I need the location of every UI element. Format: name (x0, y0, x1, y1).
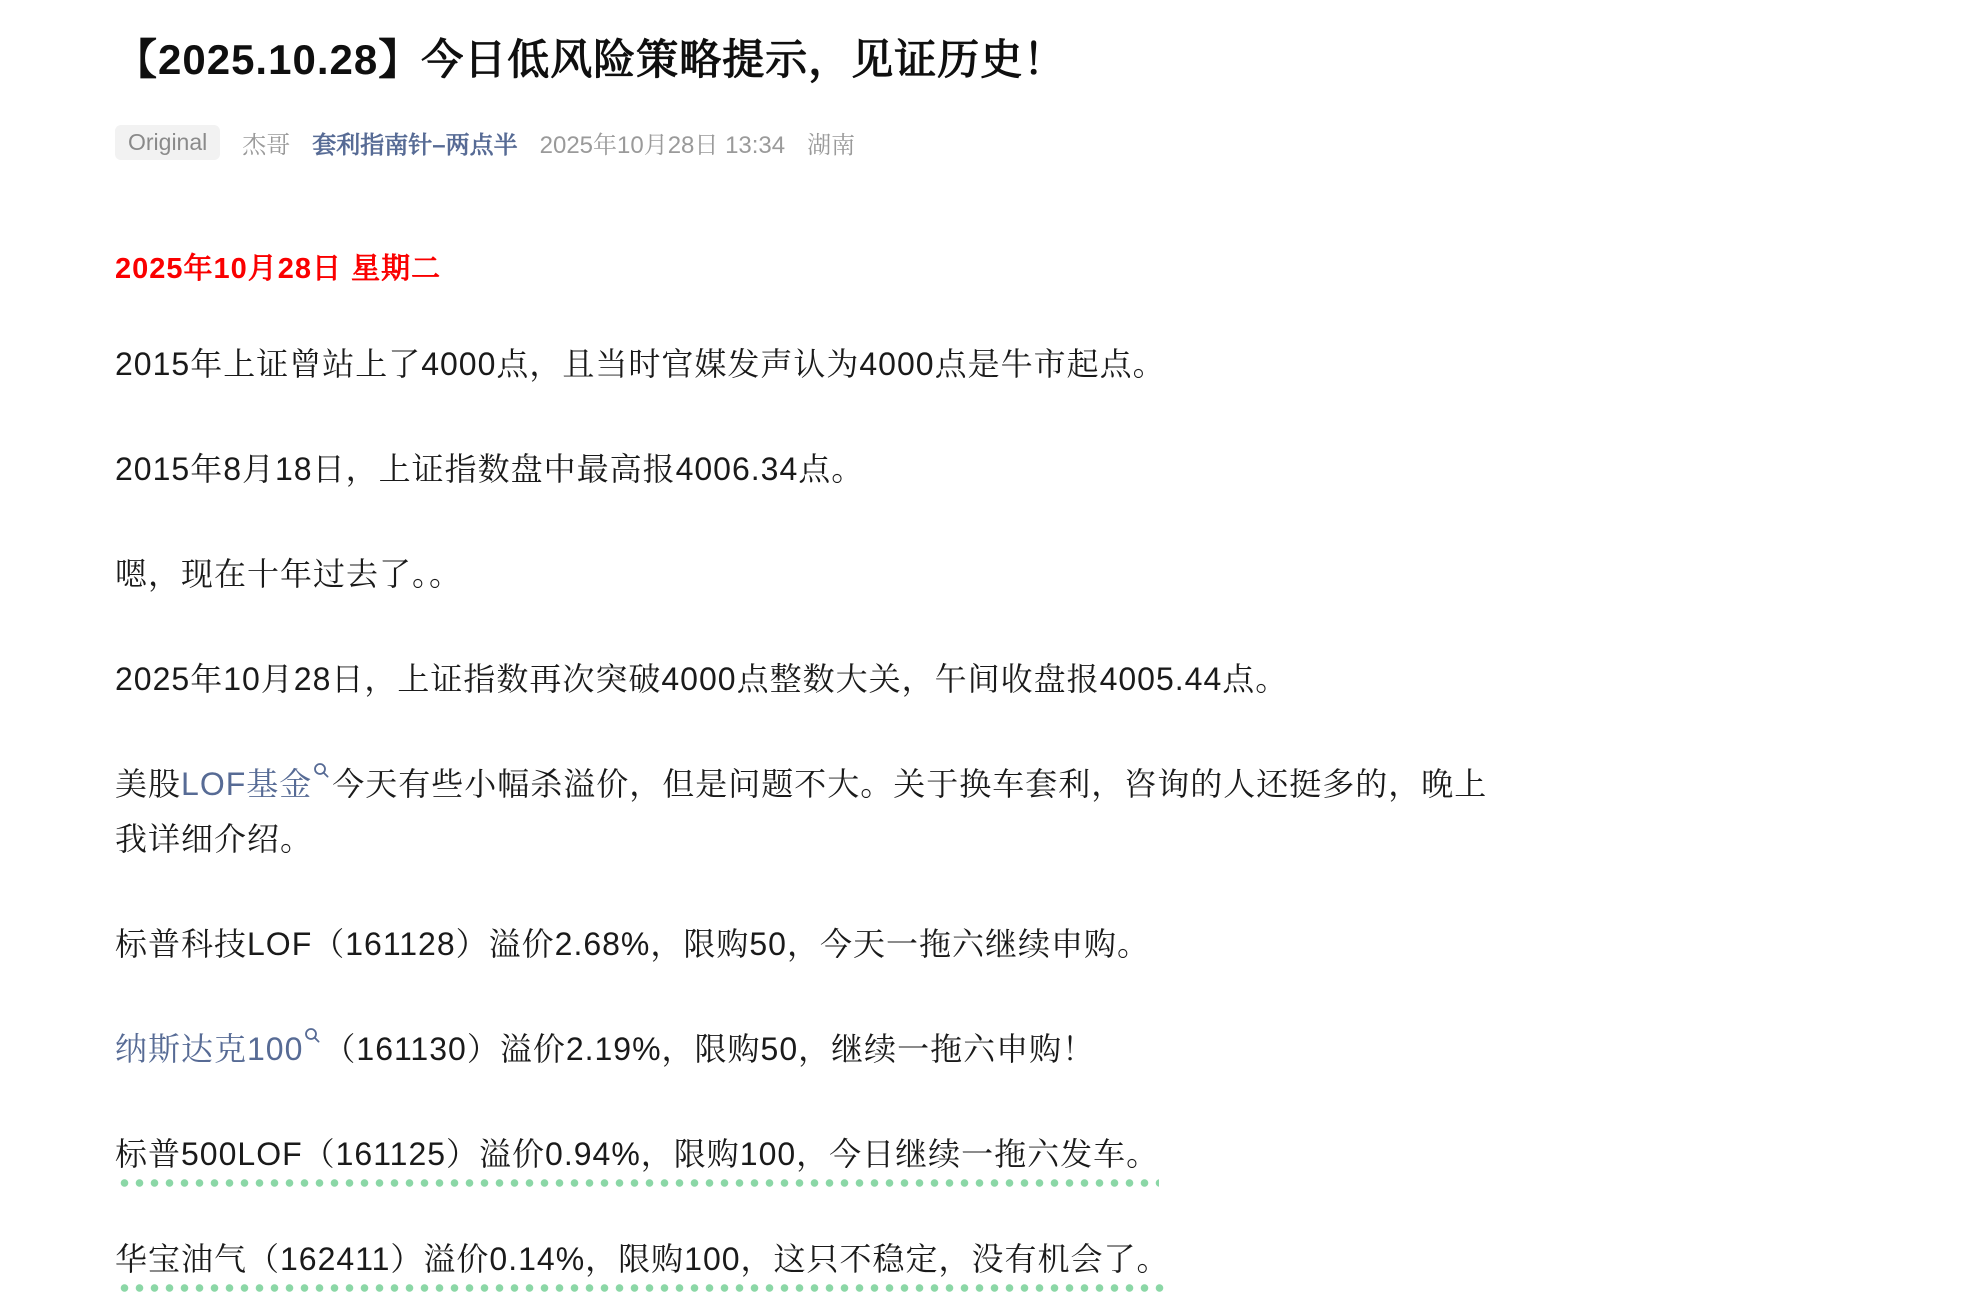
date-heading: 2025年10月28日 星期二 (115, 246, 1507, 287)
author-name: 杰哥 (242, 125, 290, 160)
nasdaq100-link[interactable]: 纳斯达克100 (115, 1031, 323, 1067)
paragraph-9-underlined-text: 华宝油气（162411）溢价0.14%，限购100，这只不稳定，没有机会了。 (115, 1241, 1170, 1293)
paragraph-8: 标普500LOF（161125）溢价0.94%，限购100，今日继续一拖六发车。 (115, 1127, 1507, 1182)
paragraph-4: 2025年10月28日，上证指数再次突破4000点整数大关，午间收盘报4005.… (115, 652, 1507, 707)
publish-datetime: 2025年10月28日 13:34 (540, 125, 786, 160)
search-icon[interactable] (304, 1027, 321, 1044)
lof-fund-link-label: LOF基金 (181, 766, 312, 802)
article-page: 【2025.10.28】今日低风险策略提示，见证历史！ Original 杰哥 … (0, 0, 1978, 1312)
paragraph-3: 嗯，现在十年过去了。。 (115, 547, 1507, 602)
original-badge: Original (115, 125, 220, 161)
account-link[interactable]: 套利指南针–两点半 (312, 125, 517, 160)
paragraph-5-pre-text: 美股 (115, 766, 181, 802)
paragraph-7: 纳斯达克100（161130）溢价2.19%，限购50，继续一拖六申购！ (115, 1022, 1507, 1077)
lof-fund-link[interactable]: LOF基金 (181, 766, 332, 802)
paragraph-9: 华宝油气（162411）溢价0.14%，限购100，这只不稳定，没有机会了。 (115, 1232, 1507, 1287)
paragraph-7-post-text: （161130）溢价2.19%，限购50，继续一拖六申购！ (323, 1031, 1095, 1067)
nasdaq100-link-label: 纳斯达克100 (115, 1031, 303, 1067)
publish-location: 湖南 (807, 125, 855, 160)
paragraph-6: 标普科技LOF（161128）溢价2.68%，限购50，今天一拖六继续申购。 (115, 917, 1507, 972)
paragraph-8-underlined-text: 标普500LOF（161125）溢价0.94%，限购100，今日继续一拖六发车。 (115, 1136, 1159, 1188)
paragraph-2: 2015年8月18日，上证指数盘中最高报4006.34点。 (115, 442, 1507, 497)
article-body: 2025年10月28日 星期二 2015年上证曾站上了4000点，且当时官媒发声… (115, 246, 1507, 1287)
paragraph-1: 2015年上证曾站上了4000点，且当时官媒发声认为4000点是牛市起点。 (115, 337, 1507, 392)
search-icon[interactable] (313, 762, 330, 779)
paragraph-5: 美股LOF基金今天有些小幅杀溢价，但是问题不大。关于换车套利，咨询的人还挺多的，… (115, 757, 1507, 867)
article-meta-row: Original 杰哥 套利指南针–两点半 2025年10月28日 13:34 … (115, 125, 1888, 161)
page-title: 【2025.10.28】今日低风险策略提示，见证历史！ (115, 34, 1888, 87)
